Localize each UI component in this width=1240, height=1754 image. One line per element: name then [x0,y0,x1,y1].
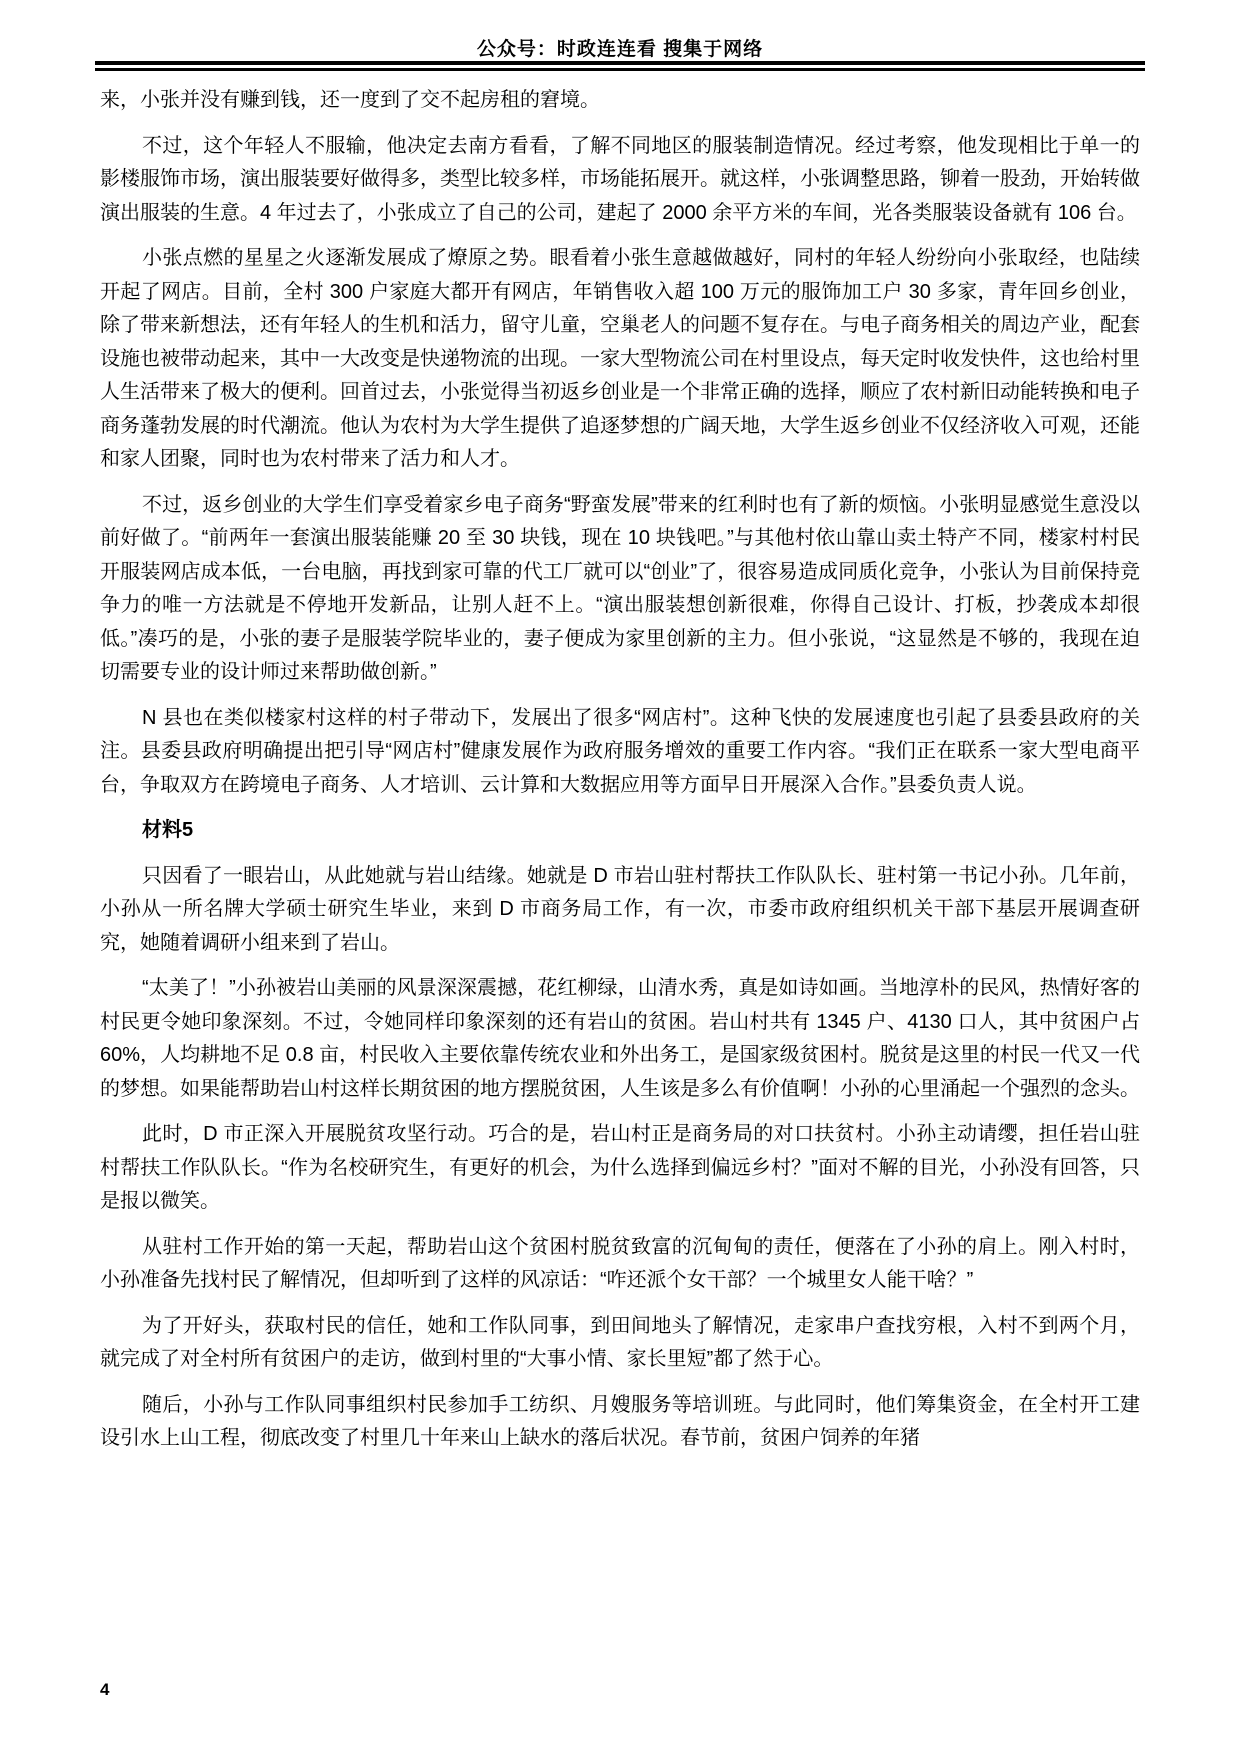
paragraph: 小张点燃的星星之火逐渐发展成了燎原之势。眼看着小张生意越做越好，同村的年轻人纷纷… [100,242,1140,477]
document-body: 来，小张并没有赚到钱，还一度到了交不起房租的窘境。 不过，这个年轻人不服输，他决… [100,84,1140,1468]
paragraph: N 县也在类似楼家村这样的村子带动下，发展出了很多“网店村”。这种飞快的发展速度… [100,702,1140,803]
paragraph: 不过，返乡创业的大学生们享受着家乡电子商务“野蛮发展”带来的红利时也有了新的烦恼… [100,489,1140,690]
paragraph: 从驻村工作开始的第一天起，帮助岩山这个贫困村脱贫致富的沉甸甸的责任，便落在了小孙… [100,1231,1140,1298]
paragraph: 随后，小孙与工作队同事组织村民参加手工纺织、月嫂服务等培训班。与此同时，他们筹集… [100,1389,1140,1456]
paragraph: 只因看了一眼岩山，从此她就与岩山结缘。她就是 D 市岩山驻村帮扶工作队队长、驻村… [100,860,1140,961]
document-page: 公众号：时政连连看 搜集于网络 来，小张并没有赚到钱，还一度到了交不起房租的窘境… [0,0,1240,1754]
paragraph-continuation: 来，小张并没有赚到钱，还一度到了交不起房租的窘境。 [100,84,1140,118]
page-header-title: 公众号：时政连连看 搜集于网络 [96,34,1144,61]
section-heading-material-5: 材料5 [100,814,1140,848]
paragraph: 不过，这个年轻人不服输，他决定去南方看看，了解不同地区的服装制造情况。经过考察，… [100,130,1140,231]
page-number: 4 [100,1680,109,1700]
paragraph: 此时，D 市正深入开展脱贫攻坚行动。巧合的是，岩山村正是商务局的对口扶贫村。小孙… [100,1118,1140,1219]
paragraph: 为了开好头，获取村民的信任，她和工作队同事，到田间地头了解情况，走家串户查找穷根… [100,1310,1140,1377]
rule-line-top [95,61,1145,65]
rule-line-bottom [95,68,1145,71]
paragraph: “太美了！”小孙被岩山美丽的风景深深震撼，花红柳绿，山清水秀，真是如诗如画。当地… [100,972,1140,1106]
header-double-rule [95,61,1145,71]
